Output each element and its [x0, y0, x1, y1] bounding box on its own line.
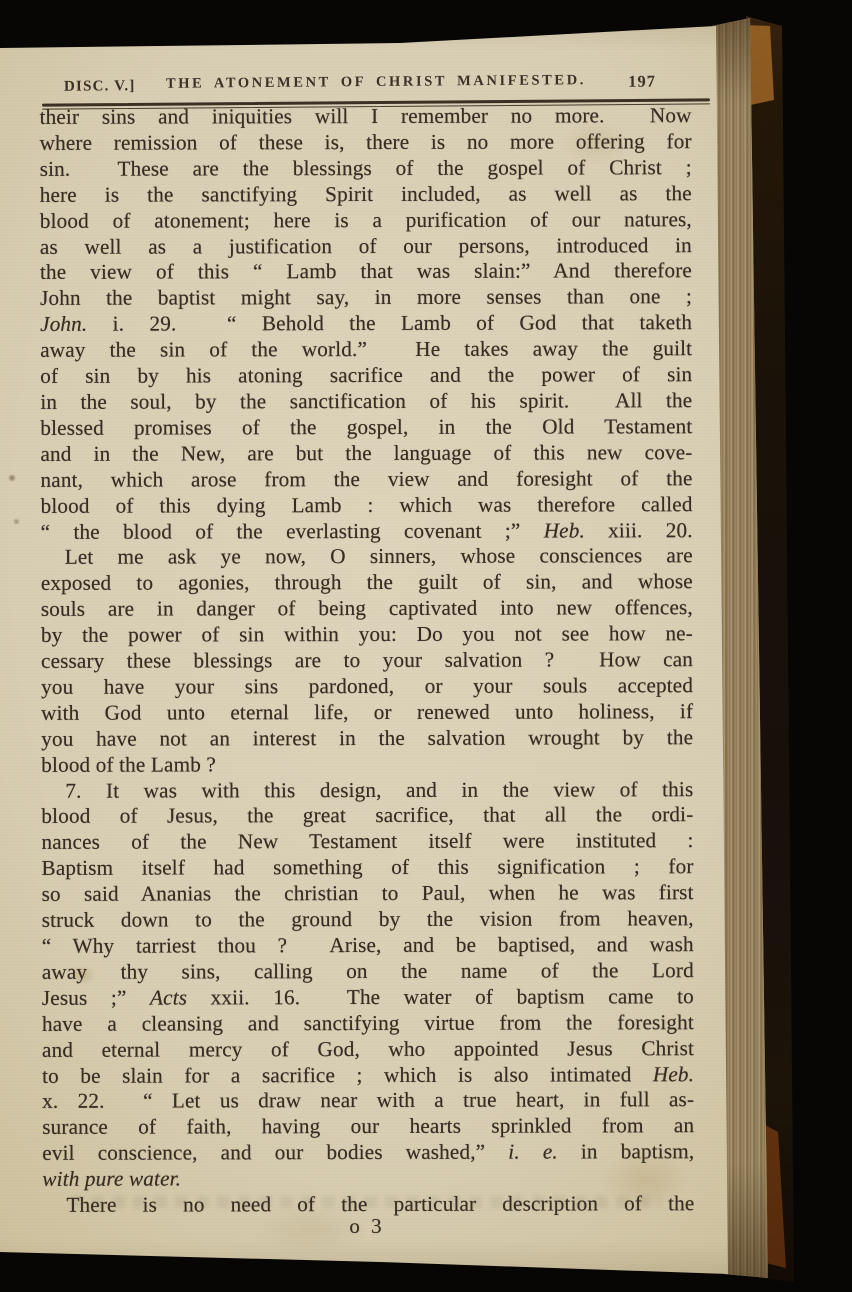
signature-mark: o 3	[41, 1214, 693, 1239]
text-segment: “ Why tarriest thou ? Arise, and be bapt…	[42, 932, 694, 958]
text-line: away thy sins, calling on the name of th…	[42, 958, 694, 986]
text-segment: away thy sins, calling on the name of th…	[42, 958, 694, 984]
text-line: of sin by his atoning sacrifice and the …	[40, 362, 692, 390]
text-line: blessed promises of the gospel, in the O…	[40, 414, 692, 442]
text-segment: i. 29. “ Behold the Lamb of God that tak…	[87, 310, 692, 336]
text-line: evil conscience, and our bodies washed,”…	[42, 1139, 694, 1167]
text-line: John the baptist might say, in more sens…	[40, 284, 692, 312]
page-text-block: their sins and iniquities will I remembe…	[40, 103, 695, 1219]
ink-speck	[13, 518, 20, 525]
text-segment: you have not an interest in the salvatio…	[41, 725, 693, 751]
text-line: blood of atonement; here is a purificati…	[40, 207, 692, 235]
text-segment: as well as a justification of our person…	[40, 233, 692, 259]
text-segment: 7. It was with this design, and in the v…	[65, 777, 693, 803]
text-segment: with God unto eternal life, or renewed u…	[41, 699, 693, 725]
text-line: 7. It was with this design, and in the v…	[41, 777, 693, 805]
text-segment: so said Ananias the christian to Paul, w…	[42, 880, 694, 906]
text-segment: “ the blood of the everlasting covenant …	[41, 518, 544, 543]
text-segment: away the sin of the world.” He takes awa…	[40, 336, 692, 362]
header-title: THE ATONEMENT OF CHRIST MANIFESTED.	[42, 71, 710, 94]
text-line: so said Ananias the christian to Paul, w…	[42, 880, 694, 908]
text-segment: in baptism,	[558, 1139, 695, 1163]
text-segment: xxii. 16. The water of baptism came to	[187, 984, 694, 1009]
text-line: sin. These are the blessings of the gosp…	[40, 155, 692, 183]
text-line: surance of faith, having our hearts spri…	[42, 1113, 694, 1141]
text-segment-italic: John.	[40, 312, 87, 336]
text-segment-italic: Heb.	[544, 518, 585, 542]
text-segment-italic: with pure water.	[42, 1167, 181, 1191]
text-line: with pure water.	[42, 1165, 694, 1193]
text-line: x. 22. “ Let us draw near with a true he…	[42, 1088, 694, 1116]
text-segment: blessed promises of the gospel, in the O…	[40, 414, 692, 440]
text-line: John. i. 29. “ Behold the Lamb of God th…	[40, 310, 692, 338]
text-segment: John the baptist might say, in more sens…	[40, 284, 692, 310]
text-segment: and in the New, are but the language of …	[40, 440, 692, 466]
text-segment: you have your sins pardoned, or your sou…	[41, 673, 693, 699]
text-line: here is the sanctifying Spirit included,…	[40, 181, 692, 209]
text-line: exposed to agonies, through the guilt of…	[41, 569, 693, 597]
text-line: “ Why tarriest thou ? Arise, and be bapt…	[42, 932, 694, 960]
text-line: Jesus ;” Acts xxii. 16. The water of bap…	[42, 984, 694, 1012]
text-line: the view of this “ Lamb that was slain:”…	[40, 259, 692, 287]
text-line: nances of the New Testament itself were …	[41, 829, 693, 857]
text-segment: their sins and iniquities will I remembe…	[40, 103, 692, 129]
text-segment-italic: Heb.	[653, 1062, 694, 1086]
text-segment: the view of this “ Lamb that was slain:”…	[40, 259, 692, 285]
text-segment: of sin by his atoning sacrifice and the …	[40, 362, 692, 388]
text-segment: blood of this dying Lamb : which was the…	[41, 492, 693, 518]
text-line: away the sin of the world.” He takes awa…	[40, 336, 692, 364]
book-photo: DISC. V.] THE ATONEMENT OF CHRIST MANIFE…	[0, 0, 852, 1292]
text-segment-italic: Acts	[150, 985, 187, 1009]
text-segment: cessary these blessings are to your salv…	[41, 647, 693, 673]
text-segment: blood of the Lamb ?	[41, 752, 216, 776]
text-segment: struck down to the ground by the vision …	[42, 906, 694, 932]
text-line: with God unto eternal life, or renewed u…	[41, 699, 693, 727]
text-segment: to be slain for a sacrifice ; which is a…	[42, 1062, 653, 1088]
text-segment: xiii. 20.	[585, 518, 693, 542]
text-segment: evil conscience, and our bodies washed,”	[42, 1140, 508, 1165]
text-line: blood of Jesus, the great sacrifice, tha…	[41, 803, 693, 831]
text-segment-italic: i. e.	[508, 1140, 558, 1164]
text-line: by the power of sin within you: Do you n…	[41, 621, 693, 649]
text-segment: souls are in danger of being captivated …	[41, 595, 693, 621]
text-line: “ the blood of the everlasting covenant …	[41, 518, 693, 546]
text-segment: There is no need of the particular descr…	[66, 1191, 694, 1217]
text-line: struck down to the ground by the vision …	[42, 906, 694, 934]
text-segment: nant, which arose from the view and fore…	[40, 466, 692, 492]
text-line: you have your sins pardoned, or your sou…	[41, 673, 693, 701]
text-segment: here is the sanctifying Spirit included,…	[40, 181, 692, 207]
text-segment: nances of the New Testament itself were …	[41, 829, 693, 855]
text-segment: and eternal mercy of God, who appointed …	[42, 1036, 694, 1062]
text-line: as well as a justification of our person…	[40, 233, 692, 261]
running-header: DISC. V.] THE ATONEMENT OF CHRIST MANIFE…	[42, 71, 710, 101]
text-segment: blood of Jesus, the great sacrifice, tha…	[41, 803, 693, 829]
text-line: where remission of these is, there is no…	[40, 129, 692, 157]
ink-speck	[8, 474, 16, 482]
text-segment: Let me ask ye now, O sinners, whose cons…	[65, 544, 693, 570]
text-line: you have not an interest in the salvatio…	[41, 725, 693, 753]
page-number: 197	[628, 72, 656, 92]
text-segment: Baptism itself had something of this sig…	[42, 854, 694, 880]
text-line: Let me ask ye now, O sinners, whose cons…	[41, 544, 693, 572]
text-segment: surance of faith, having our hearts spri…	[42, 1113, 694, 1139]
text-segment: exposed to agonies, through the guilt of…	[41, 569, 693, 595]
text-line: cessary these blessings are to your salv…	[41, 647, 693, 675]
text-line: their sins and iniquities will I remembe…	[40, 103, 692, 131]
text-line: in the soul, by the sanctification of hi…	[40, 388, 692, 416]
text-line: and eternal mercy of God, who appointed …	[42, 1036, 694, 1064]
text-segment: blood of atonement; here is a purificati…	[40, 207, 692, 233]
text-segment: Jesus ;”	[42, 985, 150, 1009]
text-line: blood of this dying Lamb : which was the…	[41, 492, 693, 520]
text-line: to be slain for a sacrifice ; which is a…	[42, 1062, 694, 1090]
text-line: souls are in danger of being captivated …	[41, 595, 693, 623]
text-line: have a cleansing and sanctifying virtue …	[42, 1010, 694, 1038]
text-line: blood of the Lamb ?	[41, 751, 693, 779]
text-segment: by the power of sin within you: Do you n…	[41, 621, 693, 647]
text-segment: where remission of these is, there is no…	[40, 129, 692, 155]
text-segment: x. 22. “ Let us draw near with a true he…	[42, 1088, 694, 1114]
text-line: and in the New, are but the language of …	[40, 440, 692, 468]
text-line: nant, which arose from the view and fore…	[40, 466, 692, 494]
text-segment: have a cleansing and sanctifying virtue …	[42, 1010, 694, 1036]
text-segment: sin. These are the blessings of the gosp…	[40, 155, 692, 181]
text-segment: in the soul, by the sanctification of hi…	[40, 388, 692, 414]
text-line: Baptism itself had something of this sig…	[42, 854, 694, 882]
